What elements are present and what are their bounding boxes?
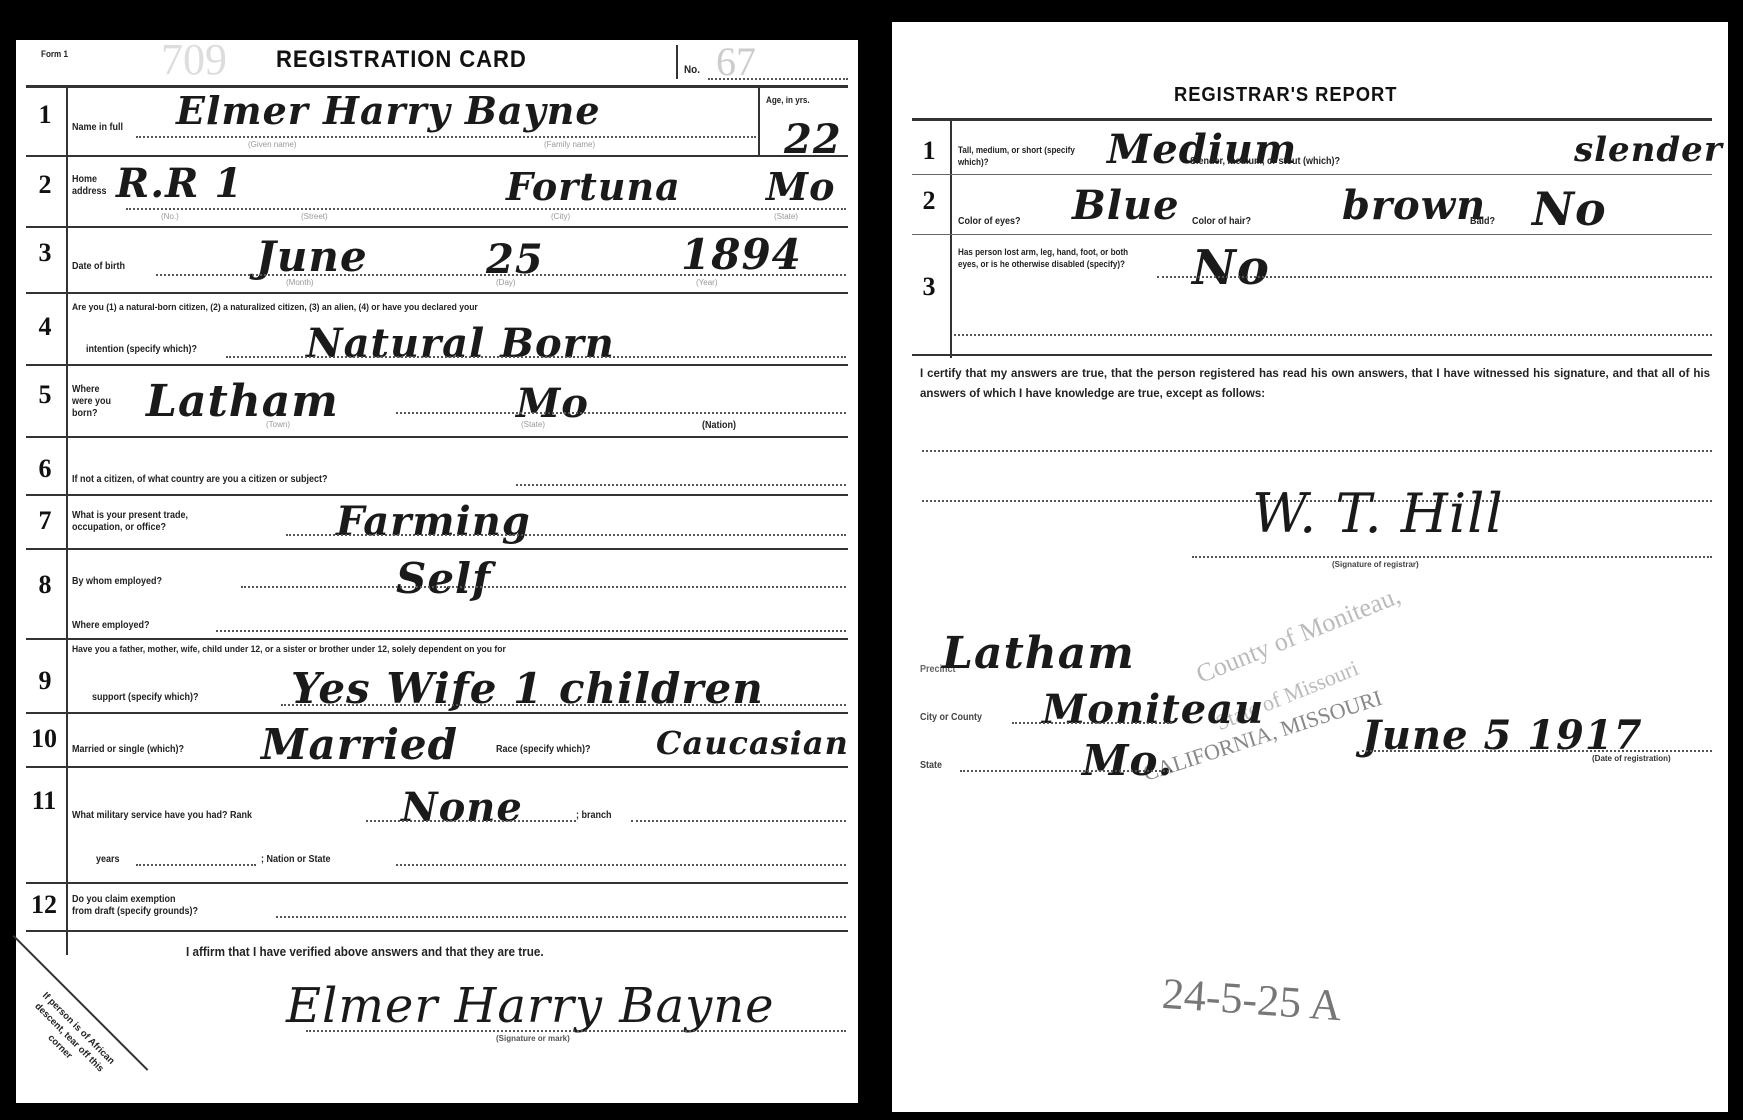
marital-status-label: Married or single (which)? <box>72 744 184 756</box>
sub-label: (State) <box>521 420 545 429</box>
years-label: years <box>96 854 120 866</box>
row-number: 8 <box>30 570 60 600</box>
row-number: 1 <box>30 100 60 130</box>
name-label: Name in full <box>72 122 123 134</box>
race-label: Race (specify which)? <box>496 744 591 756</box>
sub-label: (Year) <box>696 278 718 287</box>
bald-value: No <box>1532 182 1607 236</box>
height-label: Tall, medium, or short (specify which)? <box>958 144 1084 168</box>
nation-label: (Nation) <box>702 420 736 432</box>
county-label: City or County <box>920 712 982 724</box>
row-number: 4 <box>30 312 60 342</box>
hair-color-value: brown <box>1342 182 1486 229</box>
home-address-label: Home address <box>72 174 117 198</box>
registrant-signature: Elmer Harry Bayne <box>286 978 775 1034</box>
county-value: Moniteau <box>1042 686 1264 733</box>
citizenship-label: intention (specify which)? <box>86 344 197 356</box>
marital-status-value: Married <box>261 720 458 769</box>
dependents-question: Have you a father, mother, wife, child u… <box>72 644 506 656</box>
registrar-signature: W. T. Hill <box>1252 482 1504 545</box>
sub-label: (Family name) <box>544 140 595 149</box>
sub-label: (Street) <box>301 212 328 221</box>
name-value: Elmer Harry Bayne <box>176 88 601 133</box>
registration-date-label: (Date of registration) <box>1592 754 1671 763</box>
bald-label: Bald? <box>1470 216 1495 228</box>
row-number: 10 <box>24 724 64 754</box>
form-label: Form 1 <box>41 48 68 60</box>
military-service-label: What military service have you had? Rank <box>72 810 252 822</box>
report-title: REGISTRAR'S REPORT <box>1174 84 1397 107</box>
row-number: 12 <box>24 890 64 920</box>
age-label: Age, in yrs. <box>766 94 810 106</box>
sub-label: (Day) <box>496 278 516 287</box>
citizenship-value: Natural Born <box>306 320 615 367</box>
build-label: Slender, medium, or stout (which)? <box>1190 156 1340 168</box>
registration-card-front: Form 1 709 REGISTRATION CARD No. 67 1 Na… <box>16 40 858 1103</box>
county-stamp: County of Moniteau, <box>1192 581 1405 690</box>
row-number: 9 <box>30 666 60 696</box>
row-number: 5 <box>30 380 60 410</box>
build-value: slender <box>1574 130 1723 170</box>
birth-year: 1894 <box>681 230 802 279</box>
address-number: R.R 1 <box>116 160 243 207</box>
registrar-signature-label: (Signature of registrar) <box>1332 560 1419 569</box>
tear-off-corner-note: If person is of African descent, tear of… <box>16 985 121 1090</box>
row-number: 6 <box>30 454 60 484</box>
row-number: 2 <box>30 170 60 200</box>
birth-date-label: Date of birth <box>72 261 125 273</box>
sub-label: (City) <box>551 212 570 221</box>
foreign-citizen-label: If not a citizen, of what country are yo… <box>72 474 328 486</box>
row-number: 1 <box>914 136 944 166</box>
row-number: 7 <box>30 506 60 536</box>
sub-label: (Month) <box>286 278 314 287</box>
eye-color-label: Color of eyes? <box>958 216 1021 228</box>
birthplace-label: Where were you born? <box>72 384 122 420</box>
sub-label: (Town) <box>266 420 290 429</box>
disability-label: Has person lost arm, leg, hand, foot, or… <box>958 246 1147 270</box>
state-label: State <box>920 760 942 772</box>
file-code-stamp: 24-5-25 A <box>1160 968 1343 1031</box>
certification-text: I certify that my answers are true, that… <box>920 364 1710 404</box>
address-state: Mo <box>766 164 835 209</box>
card-title: REGISTRATION CARD <box>276 46 527 74</box>
affirmation-text: I affirm that I have verified above answ… <box>186 946 544 958</box>
precinct-value: Latham <box>942 628 1135 679</box>
dependents-label: support (specify which)? <box>92 692 199 704</box>
sub-label: (No.) <box>161 212 179 221</box>
address-city: Fortuna <box>506 164 681 209</box>
birthplace-town: Latham <box>146 376 339 427</box>
nation-or-state-label: ; Nation or State <box>261 854 331 866</box>
signature-label: (Signature or mark) <box>496 1034 570 1043</box>
sub-label: (Given name) <box>248 140 296 149</box>
citizenship-question: Are you (1) a natural-born citizen, (2) … <box>72 302 478 314</box>
disability-value: No <box>1192 240 1270 296</box>
hair-color-label: Color of hair? <box>1192 216 1251 228</box>
occupation-value: Farming <box>336 498 531 545</box>
employer-value: Self <box>396 554 491 603</box>
row-number: 2 <box>914 186 944 216</box>
race-value: Caucasian <box>656 724 849 762</box>
faint-serial: 709 <box>161 34 227 85</box>
card-number-label: No. <box>684 64 700 76</box>
row-number: 3 <box>914 272 944 302</box>
state-value: Mo. <box>1082 736 1173 785</box>
eye-color-value: Blue <box>1072 182 1180 229</box>
registrars-report-back: REGISTRAR'S REPORT 1 Tall, medium, or sh… <box>892 22 1728 1112</box>
occupation-label: What is your present trade, occupation, … <box>72 510 207 534</box>
military-rank-value: None <box>401 784 523 831</box>
row-number: 11 <box>24 786 64 816</box>
row-number: 3 <box>30 238 60 268</box>
employer-label: By whom employed? <box>72 576 162 588</box>
sub-label: (State) <box>774 212 798 221</box>
branch-label: ; branch <box>576 810 612 822</box>
exemption-label: Do you claim exemption from draft (speci… <box>72 894 198 918</box>
employment-place-label: Where employed? <box>72 620 150 632</box>
